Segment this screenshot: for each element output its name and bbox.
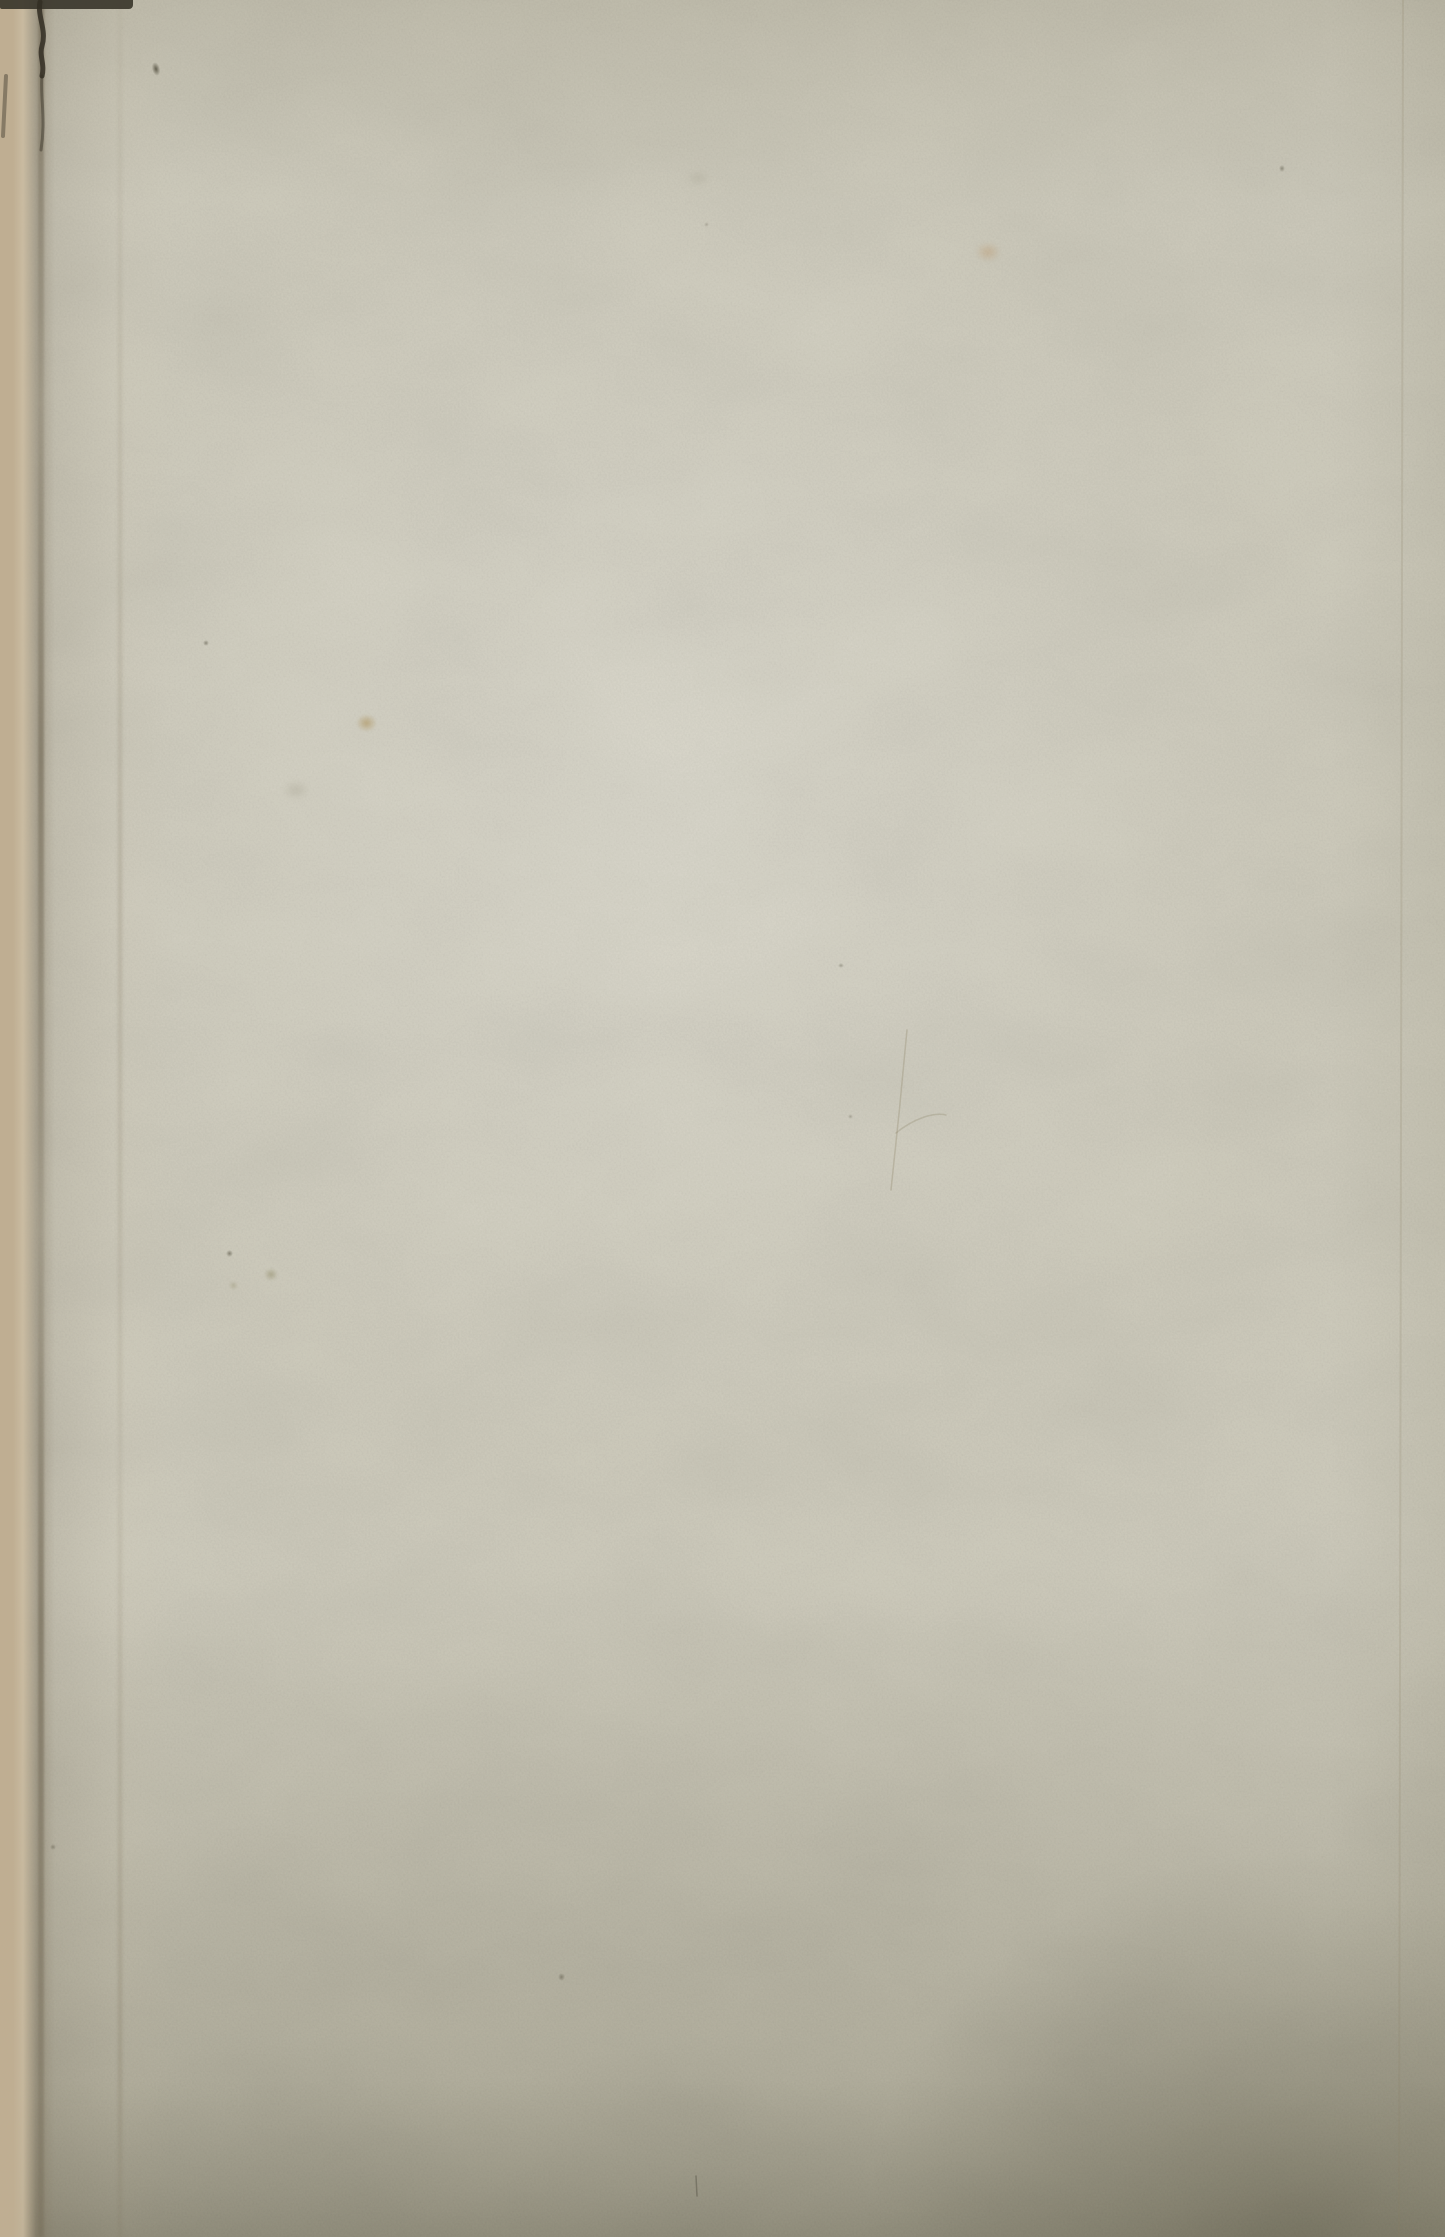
speck xyxy=(704,222,709,227)
speck xyxy=(838,963,844,968)
speck xyxy=(1279,165,1285,172)
speck xyxy=(203,640,209,646)
foxing-spot-olive xyxy=(229,1281,238,1290)
speck xyxy=(848,1114,853,1119)
stain-layer xyxy=(0,0,1445,2237)
smudge xyxy=(282,780,310,800)
scanned-book-page-photo xyxy=(0,0,1445,2237)
speck xyxy=(226,1250,233,1257)
ink-mark xyxy=(150,61,161,77)
speck xyxy=(50,1844,56,1850)
smudge xyxy=(686,170,710,186)
speck xyxy=(558,1973,565,1981)
foxing-spot-olive xyxy=(264,1268,278,1281)
foxing-spot-tan xyxy=(356,714,377,732)
foxing-spot-rust xyxy=(975,242,1001,262)
